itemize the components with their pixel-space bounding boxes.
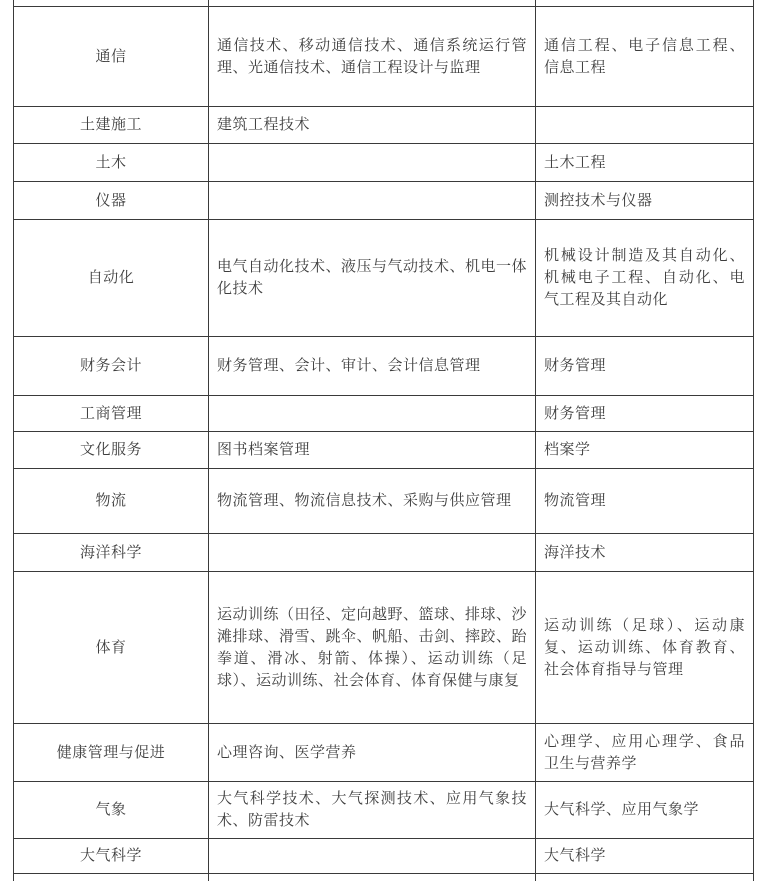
cell-majors-mid: 财务管理、会计、审计、会计信息管理 xyxy=(209,337,536,396)
cell-majors-mid: 心理咨询、医学营养 xyxy=(209,724,536,782)
cell-category: 大气科学 xyxy=(14,839,209,874)
cell-majors-mid: 运动训练（田径、定向越野、篮球、排球、沙滩排球、滑雪、跳伞、帆船、击剑、摔跤、跆… xyxy=(209,572,536,724)
cell-majors-mid: 物流管理、物流信息技术、采购与供应管理 xyxy=(209,469,536,534)
table-row: 工商管理 财务管理 xyxy=(14,396,754,432)
table-row: 财务会计 财务管理、会计、审计、会计信息管理 财务管理 xyxy=(14,337,754,396)
cell-majors-right: 通信工程、电子信息工程、信息工程 xyxy=(536,7,754,107)
majors-table: 通信 通信技术、移动通信技术、通信系统运行管理、光通信技术、通信工程设计与监理 … xyxy=(13,0,754,881)
cell-category: 气象 xyxy=(14,782,209,839)
table-row: 大气科学 大气科学 xyxy=(14,839,754,874)
cell-majors-mid xyxy=(209,874,536,881)
cell-majors-mid: 图书档案管理 xyxy=(209,432,536,469)
cell-majors-right: 测控技术与仪器 xyxy=(536,182,754,220)
table-row: 自动化 电气自动化技术、液压与气动技术、机电一体化技术 机械设计制造及其自动化、… xyxy=(14,220,754,337)
table-row: 气象 大气科学技术、大气探测技术、应用气象技术、防雷技术 大气科学、应用气象学 xyxy=(14,782,754,839)
cell-category: 财务会计 xyxy=(14,337,209,396)
cell-majors-mid xyxy=(209,396,536,432)
cell-category: 土木 xyxy=(14,144,209,182)
cell-majors-right: 大气科学、应用气象学 xyxy=(536,782,754,839)
cell-majors-mid xyxy=(209,839,536,874)
table-row: 海洋科学 海洋技术 xyxy=(14,534,754,572)
cell-category: 通信 xyxy=(14,7,209,107)
cell-category xyxy=(14,874,209,881)
cell-category: 文化服务 xyxy=(14,432,209,469)
cell-majors-right xyxy=(536,874,754,881)
cell-majors-mid: 建筑工程技术 xyxy=(209,107,536,144)
cell-majors-right xyxy=(536,107,754,144)
cell-category: 体育 xyxy=(14,572,209,724)
table-row: 健康管理与促进 心理咨询、医学营养 心理学、应用心理学、食品卫生与营养学 xyxy=(14,724,754,782)
table-row: 物流 物流管理、物流信息技术、采购与供应管理 物流管理 xyxy=(14,469,754,534)
table-row-clipped-bottom xyxy=(14,874,754,881)
cell-majors-right: 财务管理 xyxy=(536,396,754,432)
table-row: 仪器 测控技术与仪器 xyxy=(14,182,754,220)
cell-majors-right: 物流管理 xyxy=(536,469,754,534)
cell-majors-mid xyxy=(209,534,536,572)
cell-majors-right: 大气科学 xyxy=(536,839,754,874)
cell-majors-right: 海洋技术 xyxy=(536,534,754,572)
table-row: 文化服务 图书档案管理 档案学 xyxy=(14,432,754,469)
cell-majors-right: 心理学、应用心理学、食品卫生与营养学 xyxy=(536,724,754,782)
cell-category: 海洋科学 xyxy=(14,534,209,572)
cell-majors-right: 机械设计制造及其自动化、机械电子工程、自动化、电气工程及其自动化 xyxy=(536,220,754,337)
cell-category: 自动化 xyxy=(14,220,209,337)
table-row: 土建施工 建筑工程技术 xyxy=(14,107,754,144)
cell-majors-right: 财务管理 xyxy=(536,337,754,396)
cell-category: 健康管理与促进 xyxy=(14,724,209,782)
cell-majors-right: 运动训练（足球）、运动康复、运动训练、体育教育、社会体育指导与管理 xyxy=(536,572,754,724)
cell-majors-mid: 大气科学技术、大气探测技术、应用气象技术、防雷技术 xyxy=(209,782,536,839)
cell-category: 土建施工 xyxy=(14,107,209,144)
cell-majors-right: 土木工程 xyxy=(536,144,754,182)
table-row: 土木 土木工程 xyxy=(14,144,754,182)
cell-majors-mid xyxy=(209,144,536,182)
table-row: 通信 通信技术、移动通信技术、通信系统运行管理、光通信技术、通信工程设计与监理 … xyxy=(14,7,754,107)
cell-category: 仪器 xyxy=(14,182,209,220)
cell-category: 物流 xyxy=(14,469,209,534)
cell-majors-mid: 通信技术、移动通信技术、通信系统运行管理、光通信技术、通信工程设计与监理 xyxy=(209,7,536,107)
table-row: 体育 运动训练（田径、定向越野、篮球、排球、沙滩排球、滑雪、跳伞、帆船、击剑、摔… xyxy=(14,572,754,724)
cell-majors-right: 档案学 xyxy=(536,432,754,469)
cell-category: 工商管理 xyxy=(14,396,209,432)
cell-majors-mid xyxy=(209,182,536,220)
cell-majors-mid: 电气自动化技术、液压与气动技术、机电一体化技术 xyxy=(209,220,536,337)
